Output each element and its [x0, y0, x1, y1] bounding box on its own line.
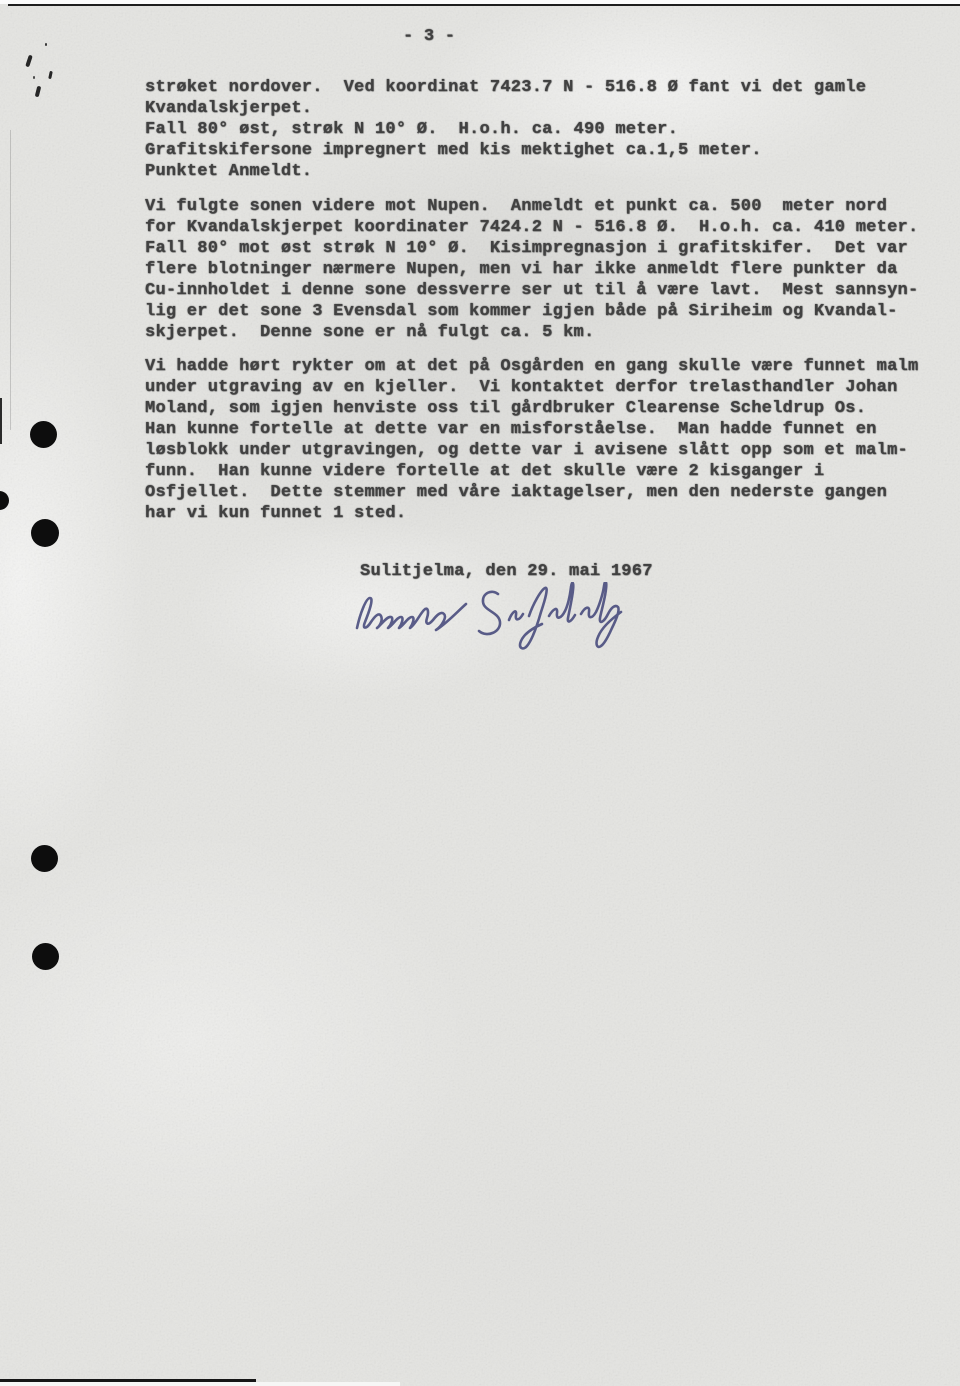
pen-mark [48, 71, 53, 79]
hole-punch-dot [30, 421, 57, 448]
pen-mark [45, 43, 47, 46]
dateline: Sulitjelma, den 29. mai 1967 [360, 561, 653, 582]
pen-mark [25, 55, 33, 68]
hole-punch-dot-clipped [0, 491, 9, 510]
paragraph-survey-point-1: strøket nordover. Ved koordinat 7423.7 N… [145, 77, 955, 182]
page-number: - 3 - [403, 26, 455, 47]
pen-mark [35, 86, 42, 98]
pen-mark [33, 76, 35, 79]
scan-edge-top-line [8, 4, 960, 6]
paragraph-survey-point-2: Vi fulgte sonen videre mot Nupen. Anmeld… [145, 196, 955, 343]
hole-punch-dot [32, 943, 59, 970]
signature-handwriting [344, 582, 644, 660]
paper-crease [10, 130, 11, 430]
hole-punch-dot [31, 519, 59, 547]
scanned-document-page: - 3 - strøket nordover. Ved koordinat 74… [0, 0, 960, 1386]
paragraph-osgarden-rumour: Vi hadde hørt rykter om at det på Osgård… [145, 356, 955, 524]
hole-punch-dot [31, 845, 58, 872]
scan-edge-artifact [0, 398, 2, 444]
scan-edge-bottom [0, 1382, 400, 1386]
